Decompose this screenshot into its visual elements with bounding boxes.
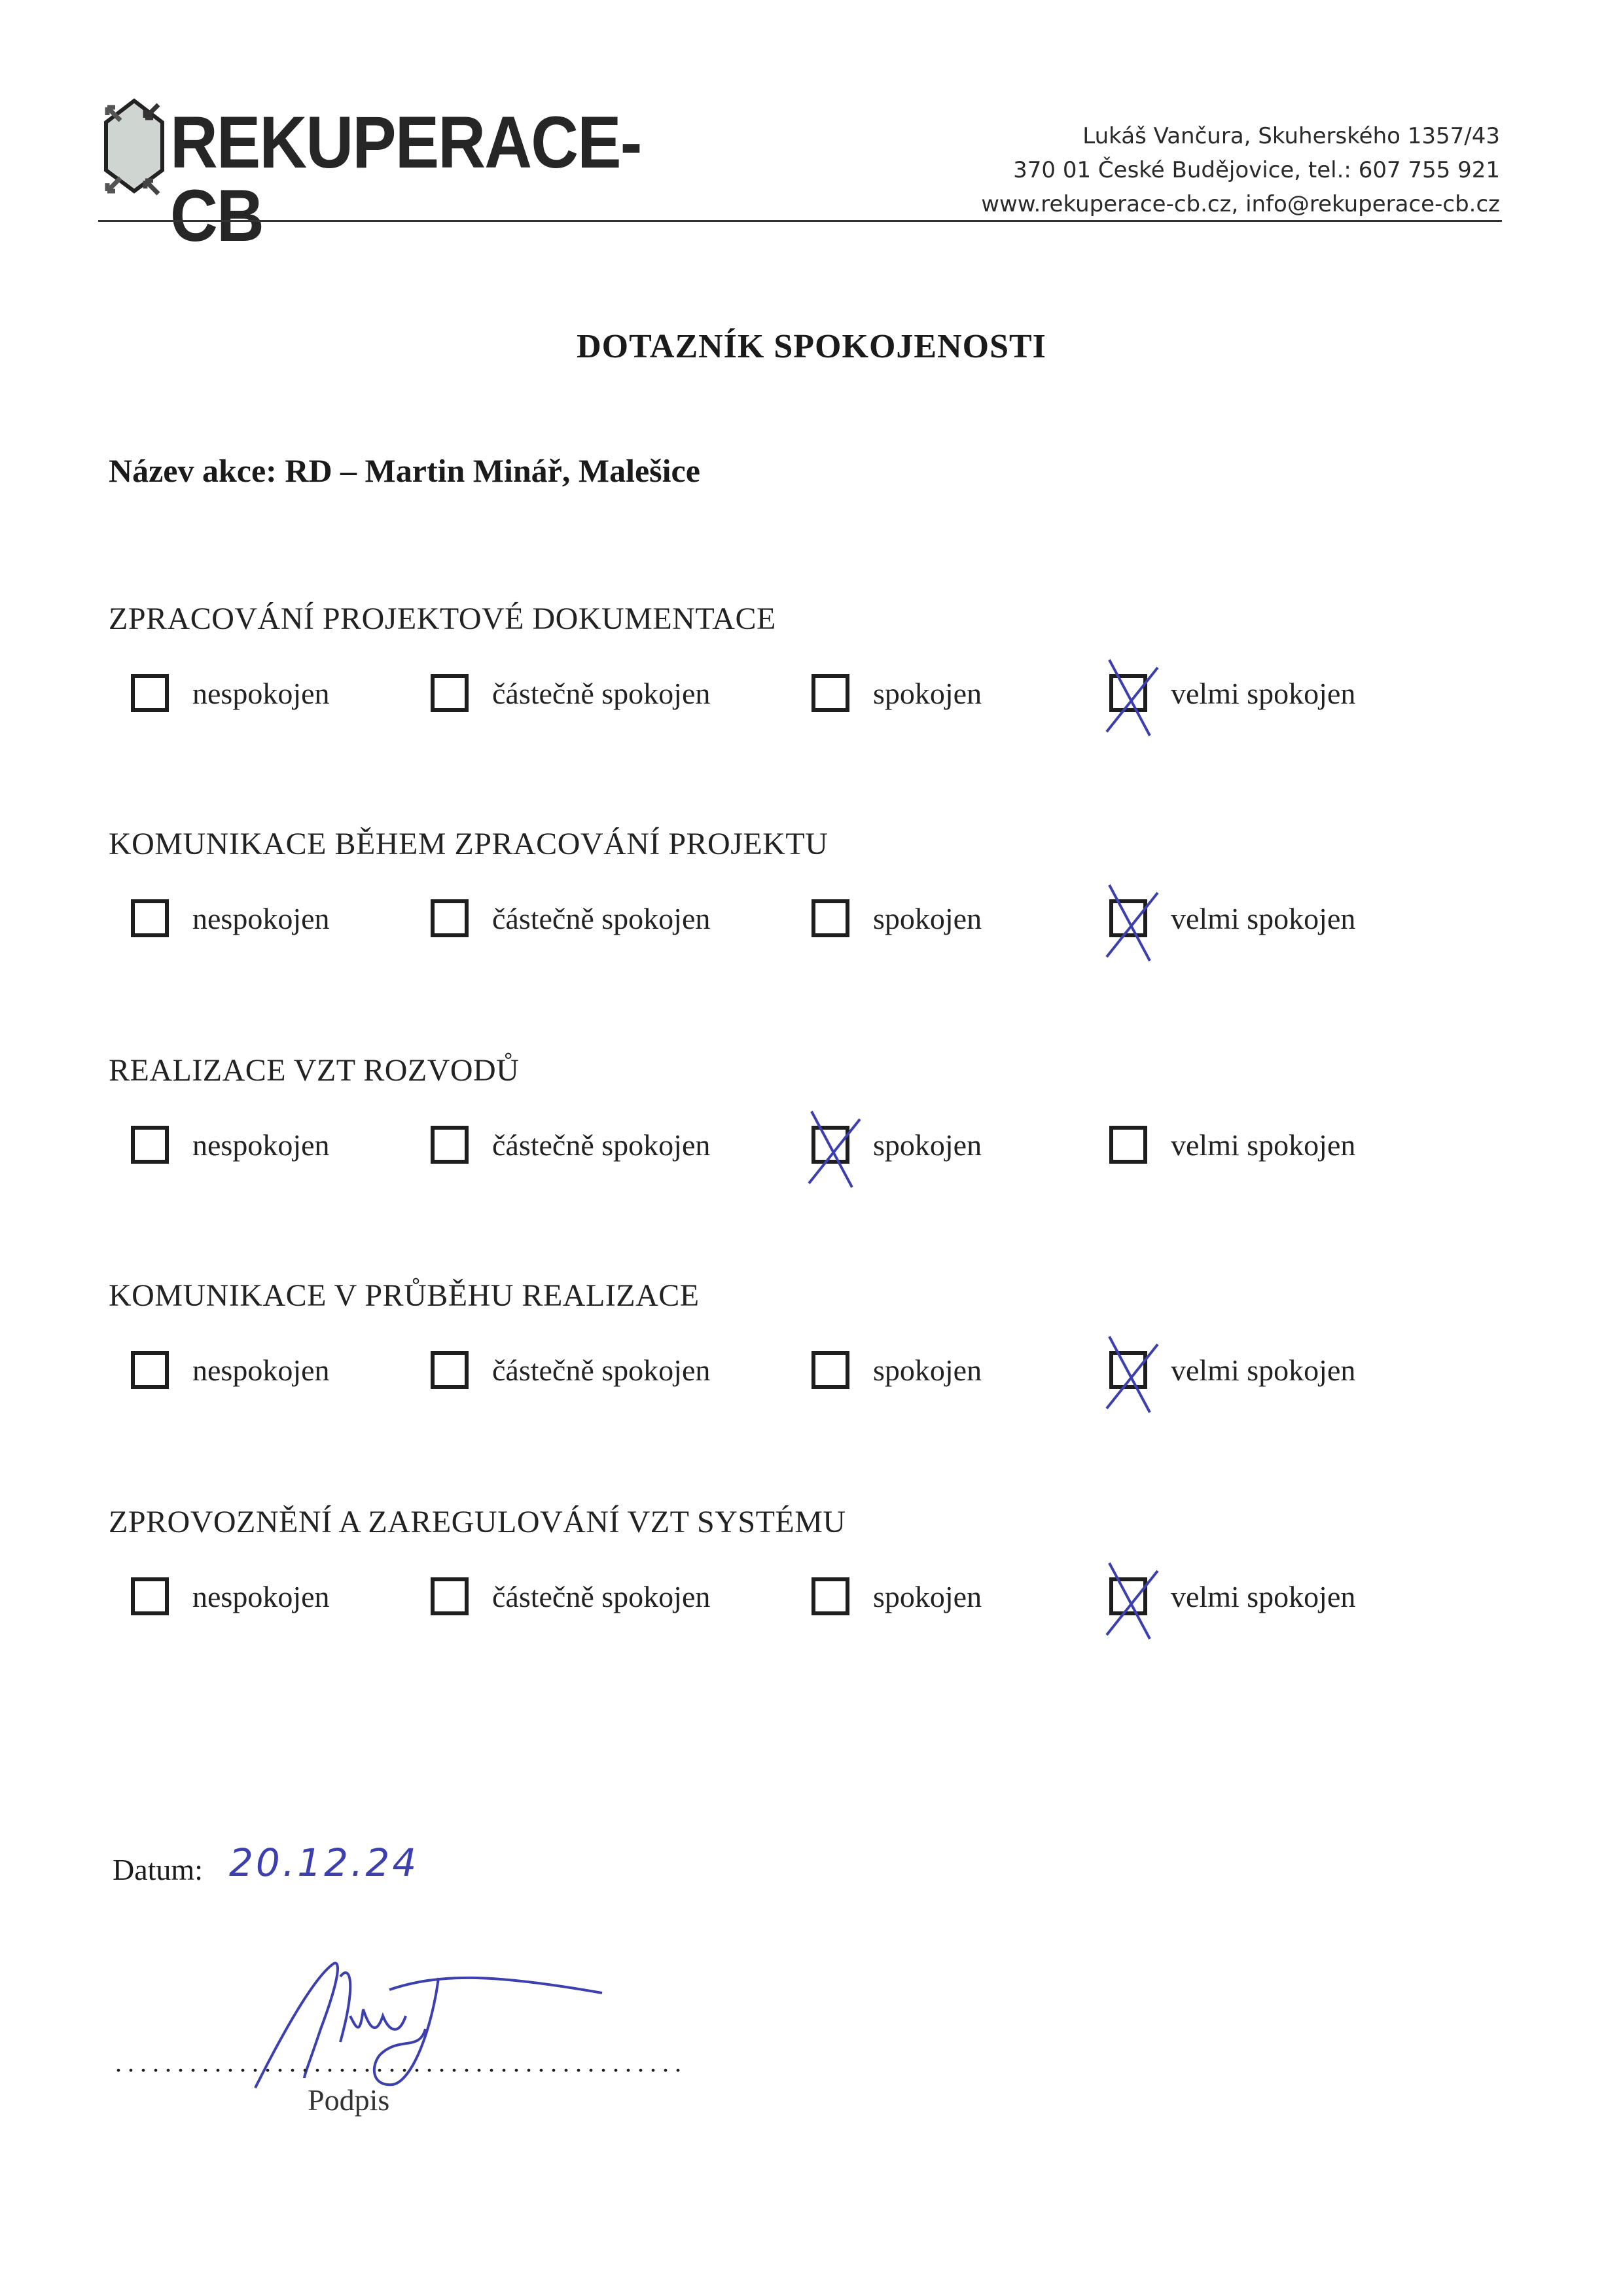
rating-options: nespokojenčástečně spokojenspokojenvelmi… bbox=[131, 1351, 1440, 1410]
checkbox[interactable] bbox=[1109, 1351, 1147, 1389]
rating-option[interactable]: částečně spokojen bbox=[431, 1126, 710, 1164]
option-label: spokojen bbox=[873, 1353, 982, 1388]
option-label: nespokojen bbox=[192, 901, 330, 936]
option-label: velmi spokojen bbox=[1171, 1579, 1355, 1614]
checkbox[interactable] bbox=[431, 899, 469, 937]
rating-option[interactable]: velmi spokojen bbox=[1109, 1126, 1355, 1164]
checkbox[interactable] bbox=[431, 1351, 469, 1389]
cross-mark-icon bbox=[1104, 884, 1162, 962]
checkbox[interactable] bbox=[811, 1126, 849, 1164]
section-heading: ZPROVOZNĚNÍ A ZAREGULOVÁNÍ VZT SYSTÉMU bbox=[109, 1504, 846, 1540]
rating-option[interactable]: velmi spokojen bbox=[1109, 899, 1355, 937]
action-name: Název akce: RD – Martin Minář, Malešice bbox=[109, 452, 700, 490]
rating-option[interactable]: částečně spokojen bbox=[431, 1577, 710, 1615]
rating-option[interactable]: spokojen bbox=[811, 1351, 982, 1389]
checkbox[interactable] bbox=[431, 674, 469, 712]
rating-option[interactable]: velmi spokojen bbox=[1109, 1351, 1355, 1389]
handwritten-signature bbox=[242, 1937, 609, 2108]
checkbox[interactable] bbox=[131, 899, 169, 937]
rating-option[interactable]: spokojen bbox=[811, 674, 982, 712]
section-heading: KOMUNIKACE V PRŮBĚHU REALIZACE bbox=[109, 1278, 700, 1314]
option-label: částečně spokojen bbox=[492, 901, 710, 936]
checkbox[interactable] bbox=[131, 1351, 169, 1389]
rating-option[interactable]: nespokojen bbox=[131, 1577, 330, 1615]
checkbox[interactable] bbox=[1109, 1126, 1147, 1164]
option-label: spokojen bbox=[873, 901, 982, 936]
option-label: spokojen bbox=[873, 1128, 982, 1162]
option-label: spokojen bbox=[873, 1579, 982, 1614]
section-heading: REALIZACE VZT ROZVODŮ bbox=[109, 1052, 519, 1088]
checkbox[interactable] bbox=[1109, 1577, 1147, 1615]
contact-city-phone: 370 01 České Budějovice, tel.: 607 755 9… bbox=[981, 153, 1500, 187]
rating-option[interactable]: spokojen bbox=[811, 1126, 982, 1164]
rating-option[interactable]: nespokojen bbox=[131, 674, 330, 712]
checkbox[interactable] bbox=[811, 674, 849, 712]
action-label: Název akce: bbox=[109, 452, 277, 489]
option-label: velmi spokojen bbox=[1171, 676, 1355, 711]
rating-option[interactable]: částečně spokojen bbox=[431, 674, 710, 712]
contact-address: Lukáš Vančura, Skuherského 1357/43 bbox=[981, 119, 1500, 153]
date-label: Datum: bbox=[113, 1852, 203, 1887]
option-label: částečně spokojen bbox=[492, 1353, 710, 1388]
rating-option[interactable]: nespokojen bbox=[131, 899, 330, 937]
rating-option[interactable]: velmi spokojen bbox=[1109, 674, 1355, 712]
cross-mark-icon bbox=[1104, 1335, 1162, 1414]
option-label: částečně spokojen bbox=[492, 676, 710, 711]
option-label: nespokojen bbox=[192, 676, 330, 711]
option-label: částečně spokojen bbox=[492, 1579, 710, 1614]
checkbox[interactable] bbox=[431, 1126, 469, 1164]
rating-option[interactable]: nespokojen bbox=[131, 1126, 330, 1164]
checkbox[interactable] bbox=[811, 1351, 849, 1389]
option-label: velmi spokojen bbox=[1171, 1128, 1355, 1162]
cross-mark-icon bbox=[1104, 658, 1162, 737]
checkbox[interactable] bbox=[811, 899, 849, 937]
rating-option[interactable]: částečně spokojen bbox=[431, 1351, 710, 1389]
date-value[interactable]: 20.12.24 bbox=[229, 1840, 419, 1885]
checkbox[interactable] bbox=[131, 1577, 169, 1615]
option-label: částečně spokojen bbox=[492, 1128, 710, 1162]
checkbox[interactable] bbox=[1109, 899, 1147, 937]
checkbox[interactable] bbox=[1109, 674, 1147, 712]
rating-option[interactable]: spokojen bbox=[811, 1577, 982, 1615]
document-title: DOTAZNÍK SPOKOJENOSTI bbox=[0, 327, 1623, 366]
rating-options: nespokojenčástečně spokojenspokojenvelmi… bbox=[131, 1126, 1440, 1185]
signature-line: ........................................… bbox=[115, 2047, 687, 2078]
signature-label: Podpis bbox=[308, 2083, 389, 2117]
checkbox[interactable] bbox=[811, 1577, 849, 1615]
option-label: velmi spokojen bbox=[1171, 1353, 1355, 1388]
option-label: nespokojen bbox=[192, 1579, 330, 1614]
section-heading: ZPRACOVÁNÍ PROJEKTOVÉ DOKUMENTACE bbox=[109, 601, 776, 637]
company-contact: Lukáš Vančura, Skuherského 1357/43 370 0… bbox=[981, 119, 1500, 221]
rating-option[interactable]: spokojen bbox=[811, 899, 982, 937]
rating-option[interactable]: velmi spokojen bbox=[1109, 1577, 1355, 1615]
rating-options: nespokojenčástečně spokojenspokojenvelmi… bbox=[131, 1577, 1440, 1636]
rating-options: nespokojenčástečně spokojenspokojenvelmi… bbox=[131, 899, 1440, 958]
rating-options: nespokojenčástečně spokojenspokojenvelmi… bbox=[131, 674, 1440, 733]
cross-mark-icon bbox=[1104, 1562, 1162, 1640]
company-logo: REKUPERACE-CB bbox=[98, 98, 635, 196]
section-heading: KOMUNIKACE BĚHEM ZPRACOVÁNÍ PROJEKTU bbox=[109, 826, 828, 862]
checkbox[interactable] bbox=[431, 1577, 469, 1615]
contact-web-email: www.rekuperace-cb.cz, info@rekuperace-cb… bbox=[981, 187, 1500, 221]
rating-option[interactable]: nespokojen bbox=[131, 1351, 330, 1389]
rating-option[interactable]: částečně spokojen bbox=[431, 899, 710, 937]
logo-text: REKUPERACE-CB bbox=[170, 106, 641, 253]
option-label: spokojen bbox=[873, 676, 982, 711]
checkbox[interactable] bbox=[131, 1126, 169, 1164]
header-divider bbox=[98, 220, 1502, 222]
option-label: nespokojen bbox=[192, 1128, 330, 1162]
option-label: nespokojen bbox=[192, 1353, 330, 1388]
checkbox[interactable] bbox=[131, 674, 169, 712]
cross-mark-icon bbox=[806, 1110, 864, 1189]
option-label: velmi spokojen bbox=[1171, 901, 1355, 936]
action-value: RD – Martin Minář, Malešice bbox=[285, 452, 700, 489]
